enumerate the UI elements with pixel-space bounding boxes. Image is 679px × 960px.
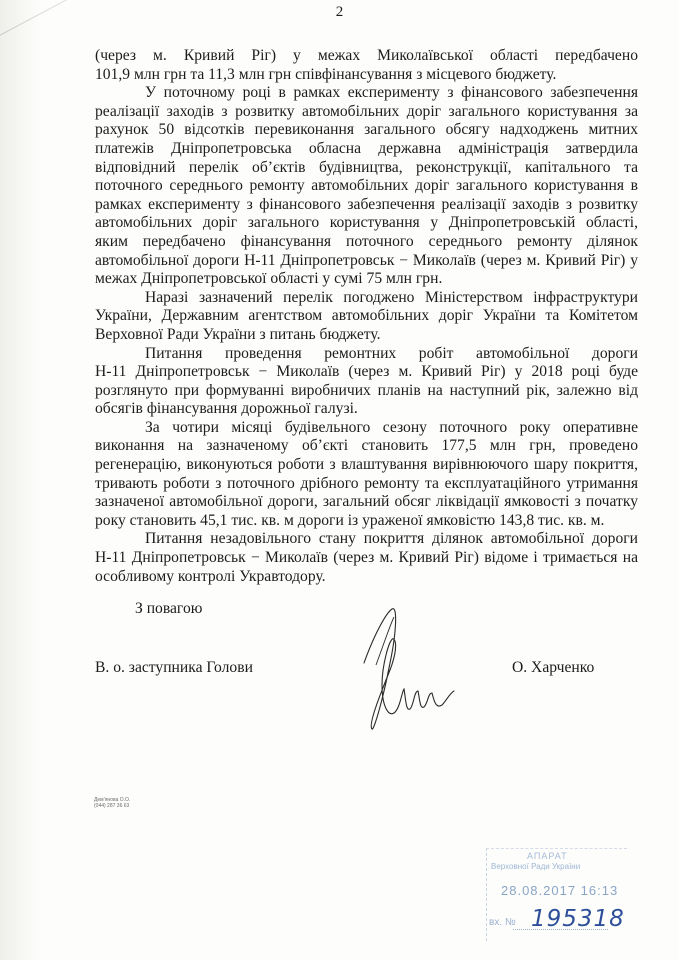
text-line: платежів Дніпропетровська обласна держав… bbox=[95, 140, 638, 159]
text-line: За чотири місяці будівельного сезону пот… bbox=[95, 419, 638, 438]
text-line: розглянуто при формуванні виробничих пла… bbox=[95, 382, 638, 401]
registration-stamp: АПАРАТ Верховної Ради України 28.08.2017… bbox=[486, 848, 627, 941]
text-line: Питання проведення ремонтних робіт автом… bbox=[95, 345, 638, 364]
executor-phone: (044) 287 36 63 bbox=[94, 803, 130, 809]
stamp-datetime: 28.08.2017 16:13 bbox=[501, 883, 618, 898]
text-line: Наразі зазначений перелік погоджено Міні… bbox=[95, 289, 638, 308]
text-line: Верховної Ради України з питань бюджету. bbox=[95, 326, 638, 345]
paragraph: За чотири місяці будівельного сезону пот… bbox=[95, 419, 638, 531]
text-line: регенерацію, виконуються роботи з влашту… bbox=[95, 456, 638, 475]
signatory-name: О. Харченко bbox=[512, 659, 594, 677]
paragraph: Наразі зазначений перелік погоджено Міні… bbox=[95, 289, 638, 345]
text-line: У поточному році в рамках експерименту з… bbox=[95, 84, 638, 103]
text-line: яким передбачено фінансування поточного … bbox=[95, 233, 638, 252]
text-line: виконання на зазначеному об’єкті станови… bbox=[95, 437, 638, 456]
text-line: рахунок 50 відсотків перевиконання загал… bbox=[95, 121, 638, 140]
letter-body: (через м. Кривий Ріг) у межах Миколаївсь… bbox=[95, 47, 638, 586]
paragraph: Питання незадовільного стану покриття ді… bbox=[95, 530, 638, 586]
text-line: рамках експерименту з фінансового забезп… bbox=[95, 196, 638, 215]
text-line: особливому контролі Укравтодору. bbox=[95, 568, 638, 587]
handwritten-signature bbox=[360, 605, 470, 735]
stamp-org-line1: АПАРАТ bbox=[527, 851, 568, 861]
signatory-title: В. о. заступника Голови bbox=[95, 659, 253, 677]
paragraph: Питання проведення ремонтних робіт автом… bbox=[95, 345, 638, 419]
text-line: реалізації заходів з розвитку автомобіль… bbox=[95, 103, 638, 122]
paragraph: (через м. Кривий Ріг) у межах Миколаївсь… bbox=[95, 47, 638, 84]
text-line: Н-11 Дніпропетровськ − Миколаїв (через м… bbox=[95, 549, 638, 568]
text-line: поточного середнього ремонту автомобільн… bbox=[95, 177, 638, 196]
text-line: автомобільних доріг загального користува… bbox=[95, 214, 638, 233]
text-line: України, Державним агентством автомобіль… bbox=[95, 307, 638, 326]
text-line: автомобільної дороги Н-11 Дніпропетровсь… bbox=[95, 252, 638, 271]
scan-edge-shadow bbox=[0, 0, 40, 960]
text-line: року становить 45,1 тис. кв. м дороги із… bbox=[95, 512, 638, 531]
text-line: межах Дніпропетровської області у сумі 7… bbox=[95, 270, 638, 289]
text-line: тривають роботи з поточного дрібного рем… bbox=[95, 475, 638, 494]
text-line: відповідний перелік об’єктів будівництва… bbox=[95, 159, 638, 178]
closing-phrase: З повагою bbox=[135, 600, 202, 618]
text-line: 101,9 млн грн та 11,3 млн грн співфінанс… bbox=[95, 66, 638, 85]
text-line: зазначеної автомобільної дороги, загальн… bbox=[95, 493, 638, 512]
document-page: 2 (через м. Кривий Ріг) у межах Миколаїв… bbox=[0, 0, 679, 960]
page-number: 2 bbox=[0, 4, 679, 21]
text-line: Н-11 Дніпропетровськ − Миколаїв (через м… bbox=[95, 363, 638, 382]
executor-info: Дем’янова О.О. (044) 287 36 63 bbox=[94, 797, 130, 809]
text-line: (через м. Кривий Ріг) у межах Миколаївсь… bbox=[95, 47, 638, 66]
text-line: Питання незадовільного стану покриття ді… bbox=[95, 530, 638, 549]
text-line: обсягів фінансування дорожньої галузі. bbox=[95, 400, 638, 419]
stamp-dotted-line bbox=[513, 929, 608, 930]
paragraph: У поточному році в рамках експерименту з… bbox=[95, 84, 638, 289]
stamp-incoming-label: вх. № bbox=[489, 917, 516, 928]
stamp-org-line2: Верховної Ради України bbox=[491, 862, 580, 871]
